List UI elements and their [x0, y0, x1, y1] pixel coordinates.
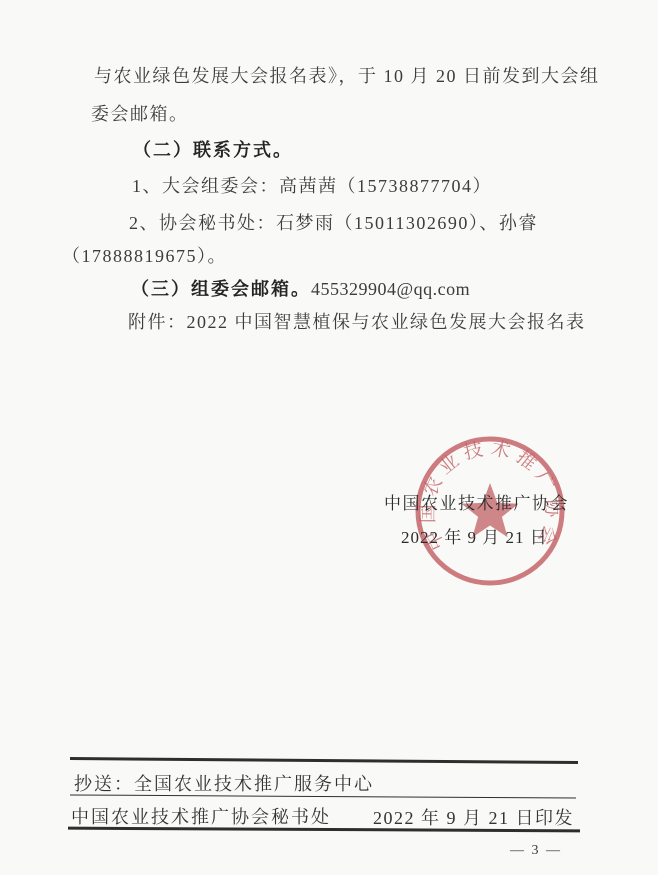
email-heading-label: （三）组委会邮箱。: [131, 279, 311, 299]
document-page: 与农业绿色发展大会报名表》，于 10 月 20 日前发到大会组 委会邮箱。 （二…: [0, 0, 658, 875]
footer-rule-top: [70, 757, 578, 764]
attachment-line: 附件：2022 中国智慧植保与农业绿色发展大会报名表: [128, 308, 586, 334]
page-number: — 3 —: [510, 843, 562, 859]
body-line: 委会邮箱。: [91, 100, 189, 126]
signature-date: 2022 年 9 月 21 日: [401, 523, 548, 548]
signature-org: 中国农业技术推广协会: [384, 489, 569, 514]
section-heading-contact: （二）联系方式。: [133, 136, 293, 162]
body-line-committee-phone: 1、大会组委会：高茜茜（15738877704）: [132, 172, 492, 198]
body-line-phone-wrap: （17888819675）。: [62, 242, 227, 268]
footer-print-date: 2022 年 9 月 21 日印发: [373, 804, 574, 830]
email-address: 455329904@qq.com: [311, 279, 470, 299]
footer-issuer: 中国农业技术推广协会秘书处: [71, 803, 331, 829]
body-line-secretariat-phone: 2、协会秘书处：石梦雨（15011302690）、孙睿: [129, 209, 538, 235]
body-line: 与农业绿色发展大会报名表》，于 10 月 20 日前发到大会组: [94, 62, 600, 88]
footer-cc-line: 抄送：全国农业技术推广服务中心: [74, 770, 374, 796]
footer-rule-middle: [70, 794, 576, 798]
section-heading-email: （三）组委会邮箱。455329904@qq.com: [131, 275, 470, 301]
